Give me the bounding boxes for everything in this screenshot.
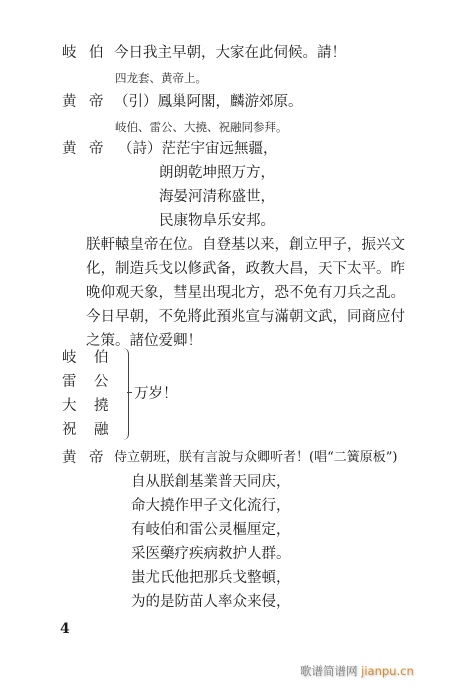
speaker-char: 帝 xyxy=(89,141,104,157)
speaker-char: 黄 xyxy=(62,141,77,157)
stage-direction: 岐伯、雷公、大撓、祝融同参拜。 xyxy=(115,119,288,135)
prose-line: 朕軒轅皇帝在位。自登基以来，創立甲子，振兴文 xyxy=(86,237,405,253)
dialogue-line: （引）鳳巢阿閣，麟游郊原。 xyxy=(114,94,303,110)
speaker-char: 融 xyxy=(94,422,109,438)
verse-line: （詩）茫茫宇宙远無疆， xyxy=(118,141,278,157)
verse-line: 蚩尤氏他把那兵戈整頓， xyxy=(131,570,291,586)
prose-line: 晚仰观天象，彗星出現北方，恐不免有刀兵之乱。 xyxy=(86,285,405,301)
dialogue-line: 今日我主早朝，大家在此伺候。請！ xyxy=(114,45,346,61)
chorus-line: 万岁！ xyxy=(134,386,178,402)
watermark: 歌谱简谱网 jianpu.cn xyxy=(300,663,414,679)
speaker-char: 黄 xyxy=(62,450,77,466)
speaker-char: 伯 xyxy=(94,350,109,366)
watermark-cn: 歌谱简谱网 xyxy=(300,664,361,678)
speaker-char: 大 xyxy=(62,398,77,414)
speaker-char: 岐 xyxy=(62,45,77,61)
verse-line: 自从朕創基業普天同庆， xyxy=(131,474,291,490)
speaker-char: 撓 xyxy=(94,398,109,414)
speaker-char: 岐 xyxy=(62,350,77,366)
stage-direction: 四龙套、黄帝上。 xyxy=(115,70,207,86)
speaker-char: 公 xyxy=(94,374,109,390)
verse-line: 有岐伯和雷公灵樞厘定， xyxy=(131,522,291,538)
verse-line: 朗朗乾坤照万方， xyxy=(159,165,275,181)
page-number: 4 xyxy=(60,621,70,637)
watermark-en: jianpu.cn xyxy=(361,664,414,678)
speaker-char: 伯 xyxy=(89,45,104,61)
verse-line: 海晏河清称盛世， xyxy=(159,189,275,205)
speaker-char: 帝 xyxy=(89,450,104,466)
prose-line: 之策。諸位爱卿！ xyxy=(86,333,202,349)
speaker-char: 帝 xyxy=(89,94,104,110)
brace-bracket xyxy=(120,348,129,440)
verse-line: 民康物阜乐安邦。 xyxy=(159,213,275,229)
verse-line: 命大撓作甲子文化流行， xyxy=(131,498,291,514)
prose-line: 今日早朝，不免將此預兆宣与滿朝文武，同商应付 xyxy=(86,309,405,325)
speaker-char: 雷 xyxy=(62,374,77,390)
prose-line: 化，制造兵戈以修武备，政教大昌，天下太平。昨 xyxy=(86,261,405,277)
brace-tip xyxy=(127,392,132,393)
speaker-char: 黄 xyxy=(62,94,77,110)
dialogue-line: 侍立朝班，朕有言說与众卿听者！(唱“二簧原板”) xyxy=(114,450,397,466)
speaker-char: 祝 xyxy=(62,422,77,438)
verse-line: 采医藥疗疾病救护人群。 xyxy=(131,546,291,562)
verse-line: 为的是防苗人率众来侵， xyxy=(131,594,291,610)
